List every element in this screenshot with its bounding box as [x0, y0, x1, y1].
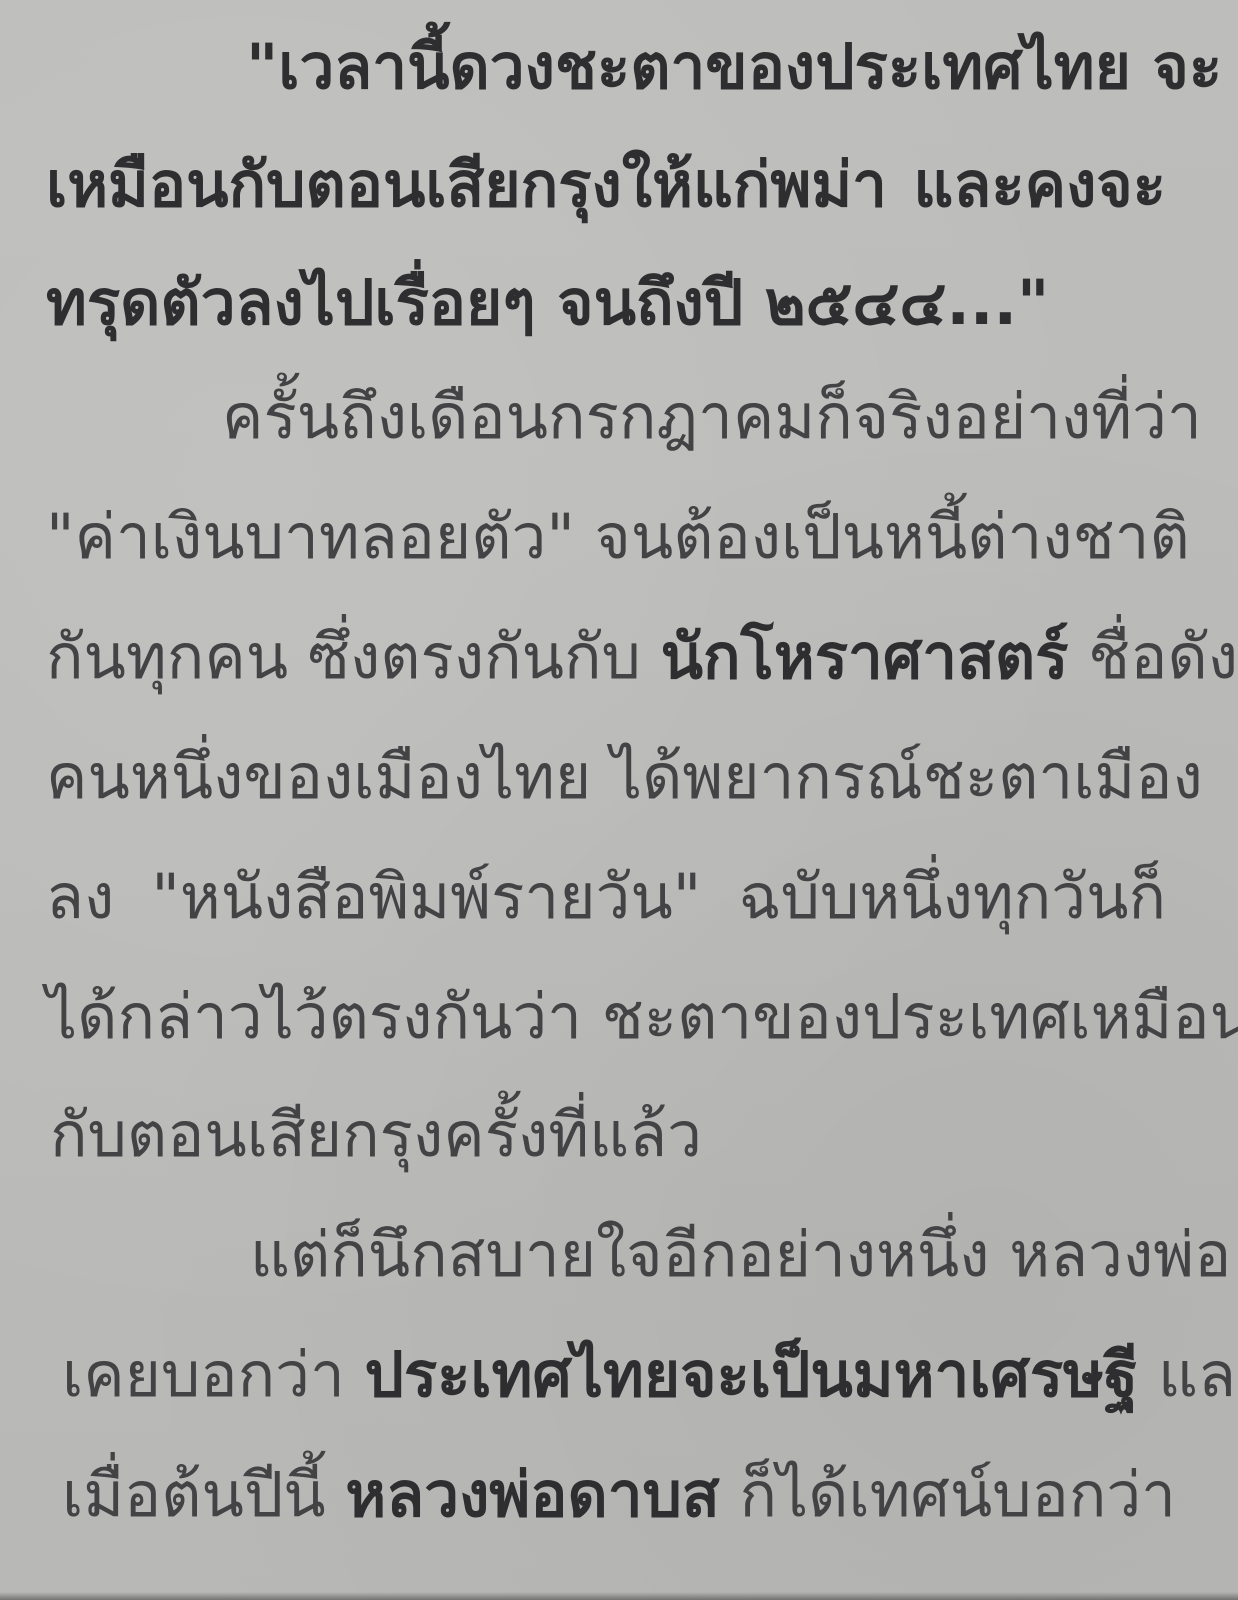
text-line-9: ได้กล่าวไว้ตรงกันว่า ชะตาของประเทศเหมือน: [46, 958, 1166, 1076]
body-text-segment: ก็ได้เทศน์บอกว่า: [739, 1458, 1176, 1531]
body-text-segment: ครั้นถึงเดือนกรกฎาคมก็จริงอย่างที่ว่า: [222, 380, 1202, 453]
body-text-segment: ได้กล่าวไว้ตรงกันว่า ชะตาของประเทศเหมือน: [46, 980, 1238, 1053]
scanned-page: "เวลานี้ดวงชะตาของประเทศไทย จะ เหมือนกับ…: [0, 0, 1238, 1600]
body-text-segment: เคยบอกว่า: [62, 1338, 364, 1411]
text-line-4: ครั้นถึงเดือนกรกฎาคมก็จริงอย่างที่ว่า: [222, 358, 1166, 476]
text-line-7: คนหนึ่งของเมืองไทย ได้พยากรณ์ชะตาเมือง: [46, 718, 1166, 836]
body-text-segment: ลง "หนังสือพิมพ์รายวัน" ฉบับหนึ่งทุกวันก…: [46, 860, 1166, 933]
body-text-segment: กับตอนเสียกรุงครั้งที่แล้ว: [50, 1098, 702, 1171]
text-line-3: ทรุดตัวลงไปเรื่อยๆ จนถึงปี ๒๕๔๔...": [46, 244, 1166, 362]
text-line-1: "เวลานี้ดวงชะตาของประเทศไทย จะ: [246, 8, 1166, 126]
body-text-segment: ชื่อดัง: [1088, 620, 1238, 693]
bold-term-thailand-millionaire: ประเทศไทยจะเป็นมหาเศรษฐี: [364, 1338, 1138, 1411]
text-line-6: กันทุกคน ซึ่งตรงกันกับ นักโหราศาสตร์ ชื่…: [46, 598, 1166, 716]
bold-term-astrologer: นักโหราศาสตร์: [661, 620, 1069, 693]
text-line-8: ลง "หนังสือพิมพ์รายวัน" ฉบับหนึ่งทุกวันก…: [46, 838, 1166, 956]
bold-quote-segment: "เวลานี้ดวงชะตาของประเทศไทย จะ: [246, 30, 1222, 103]
page-bottom-edge-shadow: [0, 1592, 1238, 1600]
body-text-segment: แต่ก็นึกสบายใจอีกอย่างหนึ่ง หลวงพ่อ: [250, 1218, 1231, 1291]
body-text-segment: "ค่าเงินบาทลอยตัว" จนต้องเป็นหนี้ต่างชาต…: [46, 500, 1190, 573]
text-line-12: เคยบอกว่า ประเทศไทยจะเป็นมหาเศรษฐี และ: [62, 1316, 1166, 1434]
bold-quote-segment: ทรุดตัวลงไปเรื่อยๆ จนถึงปี ๒๕๔๔...": [46, 266, 1049, 339]
text-line-13: เมื่อต้นปีนี้ หลวงพ่อดาบส ก็ได้เทศน์บอกว…: [62, 1436, 1166, 1554]
text-line-11: แต่ก็นึกสบายใจอีกอย่างหนึ่ง หลวงพ่อ: [250, 1196, 1166, 1314]
body-text-segment: และ: [1158, 1338, 1238, 1411]
bold-quote-segment: เหมือนกับตอนเสียกรุงให้แก่พม่า และคงจะ: [46, 148, 1166, 221]
bold-term-luang-por-dabos: หลวงพ่อดาบส: [345, 1458, 719, 1531]
body-text-segment: กันทุกคน ซึ่งตรงกันกับ: [46, 620, 661, 693]
text-line-2: เหมือนกับตอนเสียกรุงให้แก่พม่า และคงจะ: [46, 126, 1166, 244]
body-text-segment: คนหนึ่งของเมืองไทย ได้พยากรณ์ชะตาเมือง: [46, 740, 1203, 813]
text-line-5: "ค่าเงินบาทลอยตัว" จนต้องเป็นหนี้ต่างชาต…: [46, 478, 1166, 596]
body-text-segment: เมื่อต้นปีนี้: [62, 1458, 345, 1531]
text-line-10: กับตอนเสียกรุงครั้งที่แล้ว: [50, 1076, 1170, 1194]
